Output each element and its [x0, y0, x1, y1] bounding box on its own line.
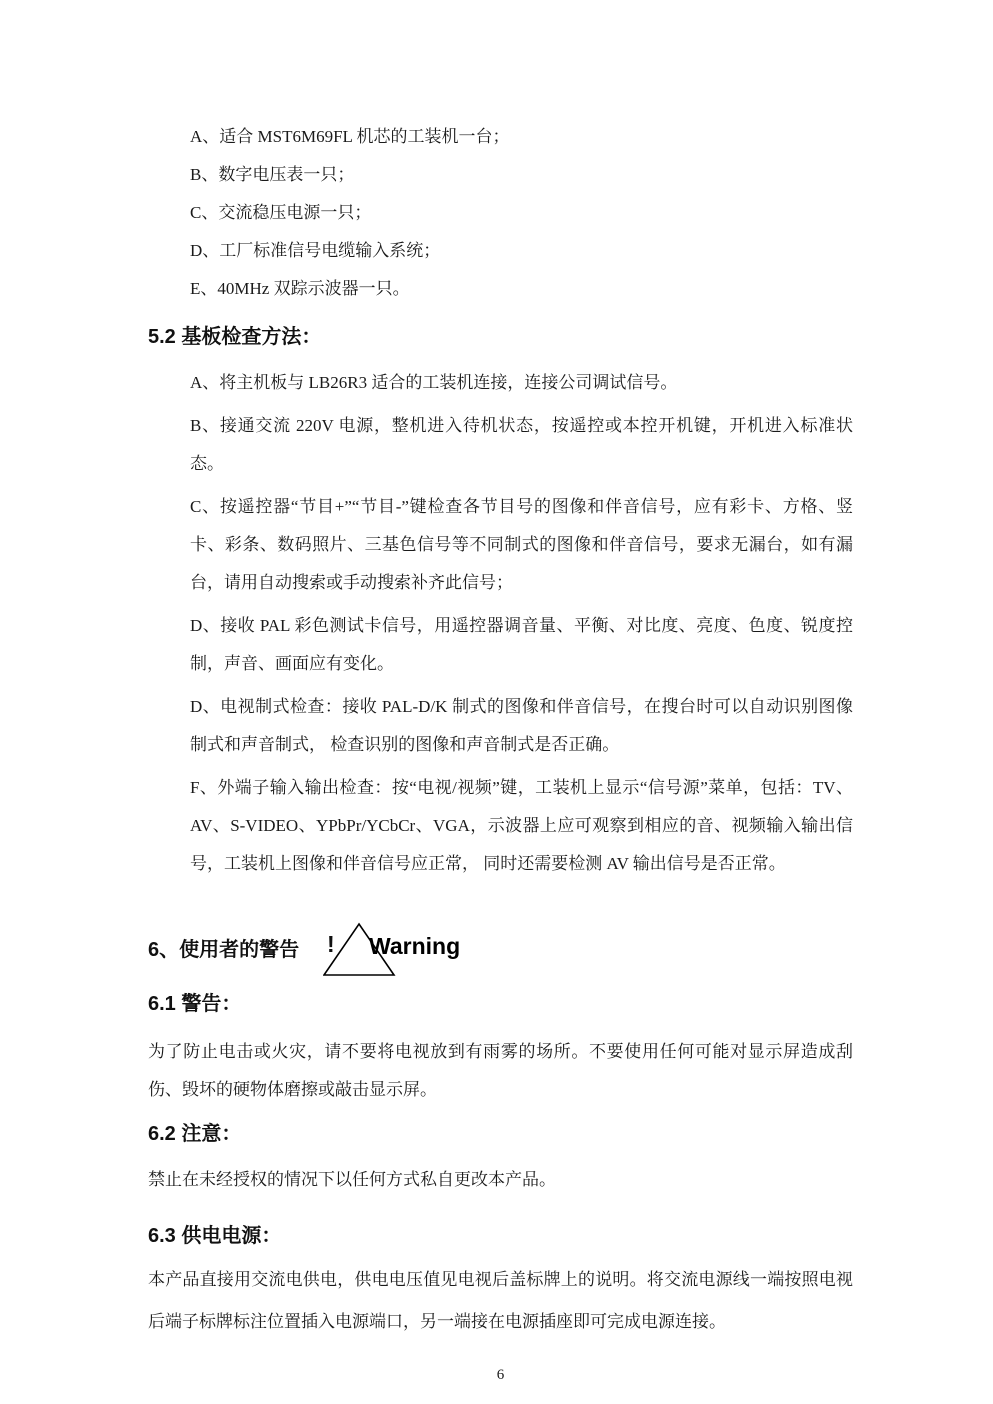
procedure-step: D、电视制式检查：接收 PAL-D/K 制式的图像和伴音信号，在搜台时可以自动识…	[148, 688, 853, 764]
exclamation-mark: !	[327, 931, 335, 957]
warning-label: Warning	[369, 933, 460, 959]
equipment-item: B、数字电压表一只；	[148, 156, 853, 194]
page-number: 6	[148, 1361, 853, 1389]
equipment-list: A、适合 MST6M69FL 机芯的工装机一台； B、数字电压表一只； C、交流…	[148, 118, 853, 308]
section-6-1-heading: 6.1 警告：	[148, 987, 853, 1021]
section-6-heading: 6、使用者的警告 ! Warning	[148, 933, 853, 967]
document-page: A、适合 MST6M69FL 机芯的工装机一台； B、数字电压表一只； C、交流…	[0, 0, 993, 1404]
equipment-item: D、工厂标准信号电缆输入系统；	[148, 232, 853, 270]
procedure-step: A、将主机板与 LB26R3 适合的工装机连接，连接公司调试信号。	[148, 364, 853, 402]
section-6-1-body: 为了防止电击或火灾，请不要将电视放到有雨雾的场所。不要使用任何可能对显示屏造成刮…	[148, 1033, 853, 1109]
section-6-2-body: 禁止在未经授权的情况下以任何方式私自更改本产品。	[148, 1161, 853, 1199]
page-content: A、适合 MST6M69FL 机芯的工装机一台； B、数字电压表一只； C、交流…	[0, 0, 993, 1389]
section-5-2-steps: A、将主机板与 LB26R3 适合的工装机连接，连接公司调试信号。 B、接通交流…	[148, 364, 853, 883]
equipment-item: E、40MHz 双踪示波器一只。	[148, 270, 853, 308]
section-6-3-body: 本产品直接用交流电供电，供电电压值见电视后盖标牌上的说明。将交流电源线一端按照电…	[148, 1259, 853, 1343]
procedure-step: C、按遥控器“节目+”“节目-”键检查各节目号的图像和伴音信号，应有彩卡、方格、…	[148, 488, 853, 602]
section-5-2-heading: 5.2 基板检查方法：	[148, 320, 853, 354]
section-6-heading-text: 6、使用者的警告	[148, 939, 299, 961]
equipment-item: A、适合 MST6M69FL 机芯的工装机一台；	[148, 118, 853, 156]
warning-symbol: ! Warning	[323, 922, 583, 978]
equipment-item: C、交流稳压电源一只；	[148, 194, 853, 232]
section-6-3-heading: 6.3 供电电源：	[148, 1219, 853, 1253]
procedure-step: B、接通交流 220V 电源，整机进入待机状态，按遥控或本控开机键，开机进入标准…	[148, 407, 853, 483]
section-6-2-heading: 6.2 注意：	[148, 1117, 853, 1151]
procedure-step: F、外端子输入输出检查：按“电视/视频”键，工装机上显示“信号源”菜单，包括：T…	[148, 769, 853, 883]
procedure-step: D、接收 PAL 彩色测试卡信号，用遥控器调音量、平衡、对比度、亮度、色度、锐度…	[148, 607, 853, 683]
